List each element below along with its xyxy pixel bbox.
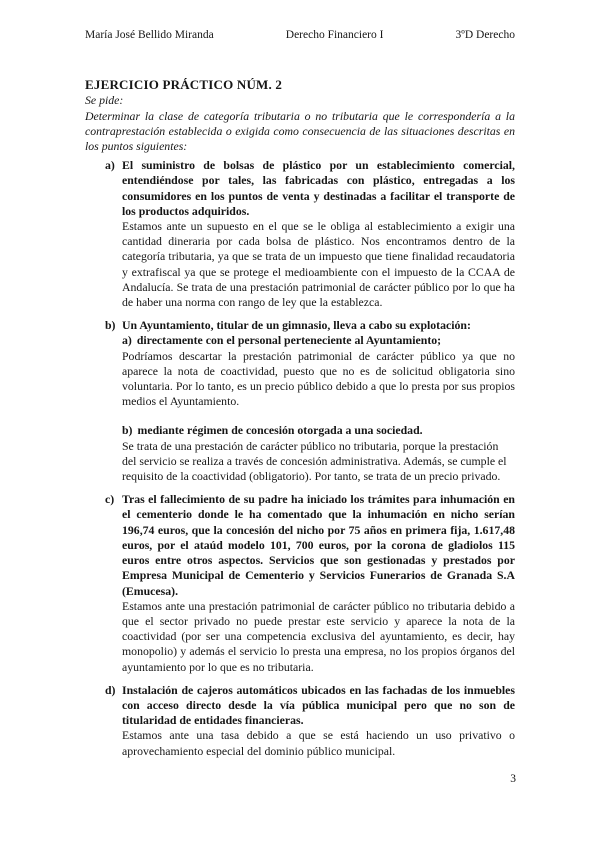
item-b-sub-a-label: a)	[122, 333, 132, 347]
item-d: d) Instalación de cajeros automáticos ub…	[85, 683, 515, 759]
item-a-label: a)	[105, 158, 122, 310]
item-b-sub-a-heading: directamente con el personal pertenecien…	[137, 333, 441, 347]
item-b-label: b)	[105, 318, 122, 484]
item-b: b) Un Ayuntamiento, titular de un gimnas…	[85, 318, 515, 484]
item-d-label: d)	[105, 683, 122, 759]
document-title: EJERCICIO PRÁCTICO NÚM. 2	[85, 77, 515, 92]
item-c-answer: Estamos ante una prestación patrimonial …	[122, 599, 515, 675]
item-a-answer: Estamos ante un supuesto en el que se le…	[122, 219, 515, 310]
item-a: a) El suministro de bolsas de plástico p…	[85, 158, 515, 310]
document-page: María José Bellido Miranda Derecho Finan…	[0, 0, 600, 848]
header-course: Derecho Financiero I	[286, 28, 384, 43]
item-b-sub-b-answer: Se trata de una prestación de carácter p…	[122, 439, 515, 485]
item-b-sub-b-heading: mediante régimen de concesión otorgada a…	[138, 423, 423, 437]
item-a-heading: El suministro de bolsas de plástico por …	[122, 158, 515, 219]
intro-prompt: Determinar la clase de categoría tributa…	[85, 109, 515, 155]
item-d-heading: Instalación de cajeros automáticos ubica…	[122, 683, 515, 729]
item-c-label: c)	[105, 492, 122, 674]
item-c-heading: Tras el fallecimiento de su padre ha ini…	[122, 492, 515, 598]
item-d-answer: Estamos ante una tasa debido a que se es…	[122, 728, 515, 758]
item-b-sub-b: b)mediante régimen de concesión otorgada…	[122, 423, 515, 484]
header-group: 3ºD Derecho	[456, 28, 515, 43]
page-number: 3	[510, 772, 516, 787]
header-author: María José Bellido Miranda	[85, 28, 214, 43]
item-b-sub-b-label: b)	[122, 423, 133, 437]
page-header: María José Bellido Miranda Derecho Finan…	[85, 28, 515, 43]
item-c: c) Tras el fallecimiento de su padre ha …	[85, 492, 515, 674]
se-pide-label: Se pide:	[85, 93, 515, 108]
item-b-sub-a-answer: Podríamos descartar la prestación patrim…	[122, 349, 515, 410]
item-b-heading: Un Ayuntamiento, titular de un gimnasio,…	[122, 318, 515, 333]
item-b-sub-a: a)directamente con el personal perteneci…	[122, 333, 515, 409]
